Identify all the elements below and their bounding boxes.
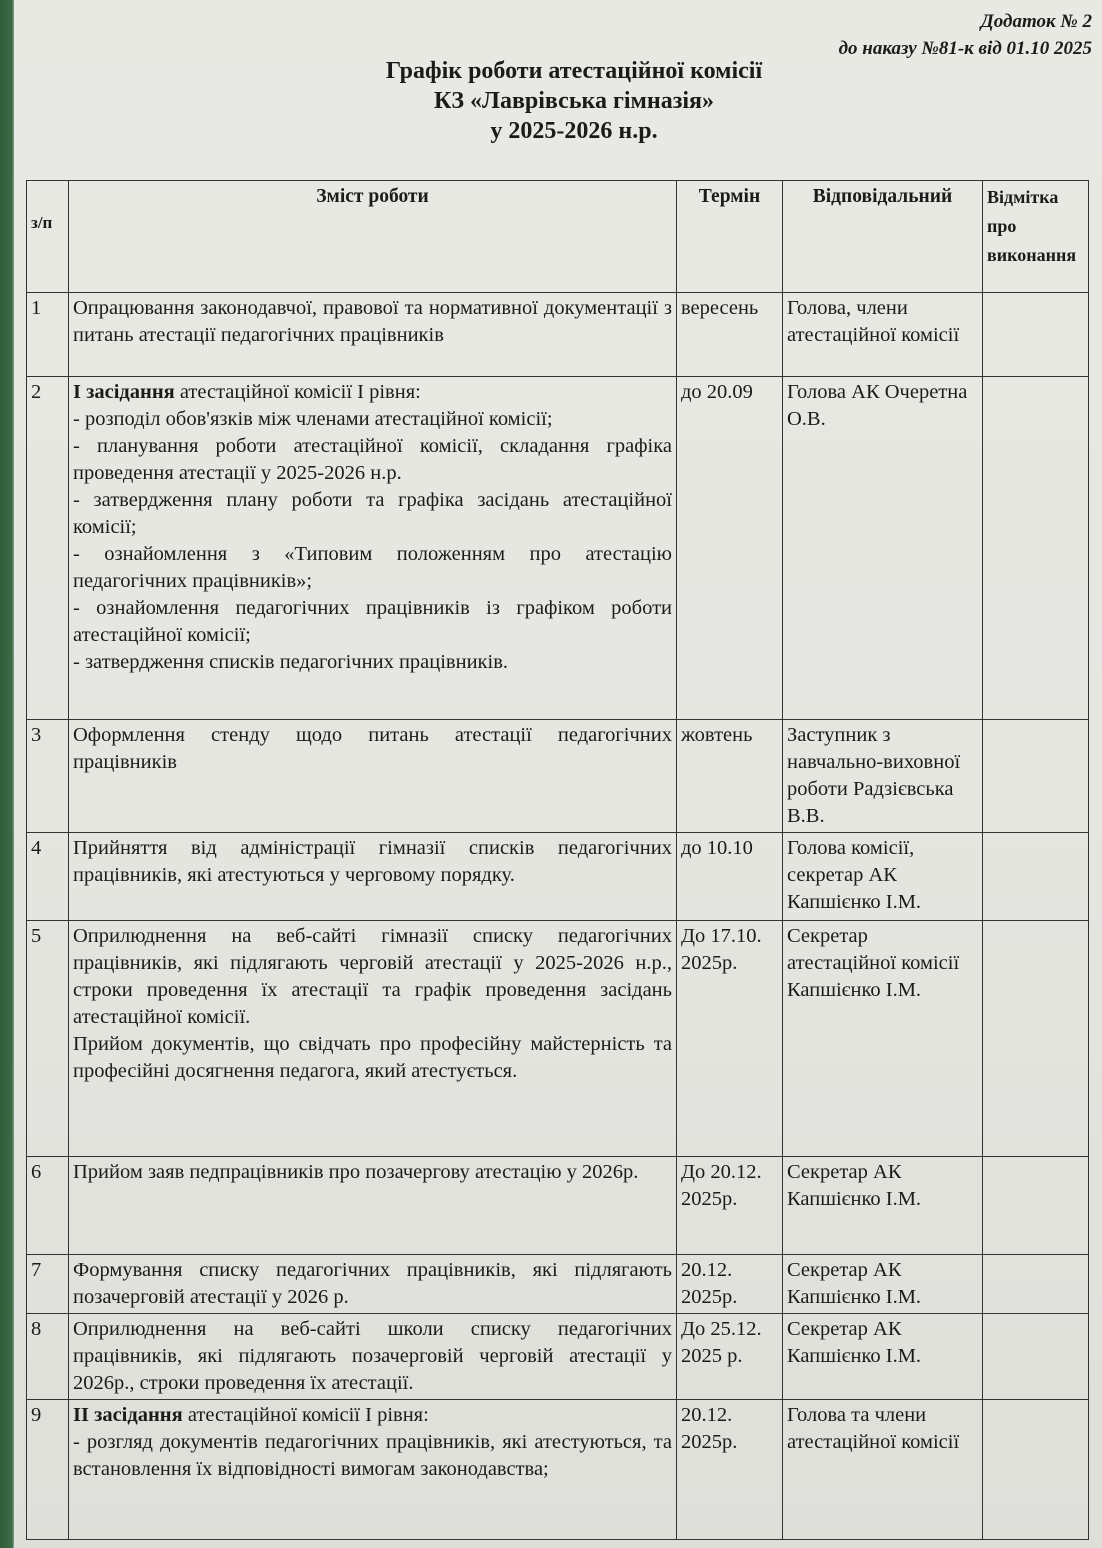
row-completion-mark: [983, 377, 1089, 720]
title-line-3: у 2025-2026 н.р.: [304, 116, 844, 146]
table-row: 3Оформлення стенду щодо питань атестації…: [27, 720, 1089, 833]
row-responsible: Голова АК Очеретна О.В.: [783, 377, 983, 720]
row-completion-mark: [983, 720, 1089, 833]
row-content: Оприлюднення на веб-сайті школи списку п…: [69, 1314, 677, 1400]
row-completion-mark: [983, 1255, 1089, 1314]
table-row: 2І засідання атестаційної комісії І рівн…: [27, 377, 1089, 720]
row-content: Оформлення стенду щодо питань атестації …: [69, 720, 677, 833]
table-row: 4Прийняття від адміністрації гімназії сп…: [27, 833, 1089, 921]
row-completion-mark: [983, 1314, 1089, 1400]
row-responsible: Голова та члени атестаційної комісії: [783, 1400, 983, 1540]
row-responsible: Секретар АК Капшієнко І.М.: [783, 1314, 983, 1400]
row-term: 20.12. 2025р.: [677, 1255, 783, 1314]
content-line: - розгляд документів педагогічних праців…: [73, 1429, 672, 1483]
content-line: Прийняття від адміністрації гімназії спи…: [73, 835, 672, 889]
row-responsible: Секретар АК Капшієнко І.М.: [783, 1255, 983, 1314]
meeting-heading: І засідання атестаційної комісії І рівня…: [73, 379, 672, 406]
row-number: 8: [27, 1314, 69, 1400]
table-row: 7Формування списку педагогічних працівни…: [27, 1255, 1089, 1314]
row-responsible: Заступник з навчально-виховної роботи Ра…: [783, 720, 983, 833]
meeting-heading: ІІ засідання атестаційної комісії І рівн…: [73, 1402, 672, 1429]
row-responsible: Секретар АК Капшієнко І.М.: [783, 1157, 983, 1255]
content-line: Оформлення стенду щодо питань атестації …: [73, 722, 672, 776]
row-number: 7: [27, 1255, 69, 1314]
header-content: Зміст роботи: [69, 181, 677, 293]
content-line: - планування роботи атестаційної комісії…: [73, 433, 672, 487]
title-line-1: Графік роботи атестаційної комісії: [304, 56, 844, 86]
row-term: до 20.09: [677, 377, 783, 720]
annex-number: Додаток № 2: [839, 8, 1092, 35]
row-term: До 17.10. 2025р.: [677, 921, 783, 1157]
row-term: 20.12. 2025р.: [677, 1400, 783, 1540]
content-line: Оприлюднення на веб-сайті школи списку п…: [73, 1316, 672, 1397]
content-line: - ознайомлення з «Типовим положенням про…: [73, 541, 672, 595]
row-content: Опрацювання законодавчої, правової та но…: [69, 293, 677, 377]
document-page: Додаток № 2 до наказу №81-к від 01.10 20…: [14, 0, 1102, 1548]
row-number: 6: [27, 1157, 69, 1255]
content-line: - розподіл обов'язків між членами атеста…: [73, 406, 672, 433]
row-responsible: Голова, члени атестаційної комісії: [783, 293, 983, 377]
row-completion-mark: [983, 921, 1089, 1157]
table-row: 8Оприлюднення на веб-сайті школи списку …: [27, 1314, 1089, 1400]
row-number: 1: [27, 293, 69, 377]
header-responsible: Відповідальний: [783, 181, 983, 293]
row-completion-mark: [983, 833, 1089, 921]
row-number: 4: [27, 833, 69, 921]
content-line: Прийом документів, що свідчать про профе…: [73, 1031, 672, 1085]
table-header-row: з/п Зміст роботи Термін Відповідальний В…: [27, 181, 1089, 293]
row-number: 3: [27, 720, 69, 833]
content-line: Опрацювання законодавчої, правової та но…: [73, 295, 672, 349]
row-term: до 10.10: [677, 833, 783, 921]
table-row: 9ІІ засідання атестаційної комісії І рів…: [27, 1400, 1089, 1540]
header-term: Термін: [677, 181, 783, 293]
row-term: До 25.12. 2025 р.: [677, 1314, 783, 1400]
annex-note: Додаток № 2 до наказу №81-к від 01.10 20…: [839, 8, 1092, 62]
content-line: Прийом заяв педпрацівників про позачерго…: [73, 1159, 672, 1186]
row-content: Прийняття від адміністрації гімназії спи…: [69, 833, 677, 921]
row-completion-mark: [983, 293, 1089, 377]
row-completion-mark: [983, 1400, 1089, 1540]
header-num: з/п: [27, 181, 69, 293]
header-mark: Відмітка про виконання: [983, 181, 1089, 293]
row-number: 5: [27, 921, 69, 1157]
row-term: До 20.12. 2025р.: [677, 1157, 783, 1255]
row-content: Формування списку педагогічних працівник…: [69, 1255, 677, 1314]
content-line: Оприлюднення на веб-сайті гімназії списк…: [73, 923, 672, 1031]
table-row: 5Оприлюднення на веб-сайті гімназії спис…: [27, 921, 1089, 1157]
row-term: вересень: [677, 293, 783, 377]
row-term: жовтень: [677, 720, 783, 833]
row-completion-mark: [983, 1157, 1089, 1255]
table-row: 1Опрацювання законодавчої, правової та н…: [27, 293, 1089, 377]
row-responsible: Секретар атестаційної комісії Капшієнко …: [783, 921, 983, 1157]
content-line: - затвердження плану роботи та графіка з…: [73, 487, 672, 541]
title-line-2: КЗ «Лаврівська гімназія»: [304, 86, 844, 116]
row-content: Прийом заяв педпрацівників про позачерго…: [69, 1157, 677, 1255]
row-content: Оприлюднення на веб-сайті гімназії списк…: [69, 921, 677, 1157]
row-content: ІІ засідання атестаційної комісії І рівн…: [69, 1400, 677, 1540]
row-number: 9: [27, 1400, 69, 1540]
row-content: І засідання атестаційної комісії І рівня…: [69, 377, 677, 720]
document-title: Графік роботи атестаційної комісії КЗ «Л…: [304, 56, 844, 146]
table-row: 6Прийом заяв педпрацівників про позачерг…: [27, 1157, 1089, 1255]
content-line: - затвердження списків педагогічних прац…: [73, 649, 672, 676]
row-responsible: Голова комісії, секретар АК Капшієнко І.…: [783, 833, 983, 921]
content-line: - ознайомлення педагогічних працівників …: [73, 595, 672, 649]
content-line: Формування списку педагогічних працівник…: [73, 1257, 672, 1311]
row-number: 2: [27, 377, 69, 720]
schedule-table: з/п Зміст роботи Термін Відповідальний В…: [26, 180, 1089, 1540]
annex-order-reference: до наказу №81-к від 01.10 2025: [839, 35, 1092, 62]
